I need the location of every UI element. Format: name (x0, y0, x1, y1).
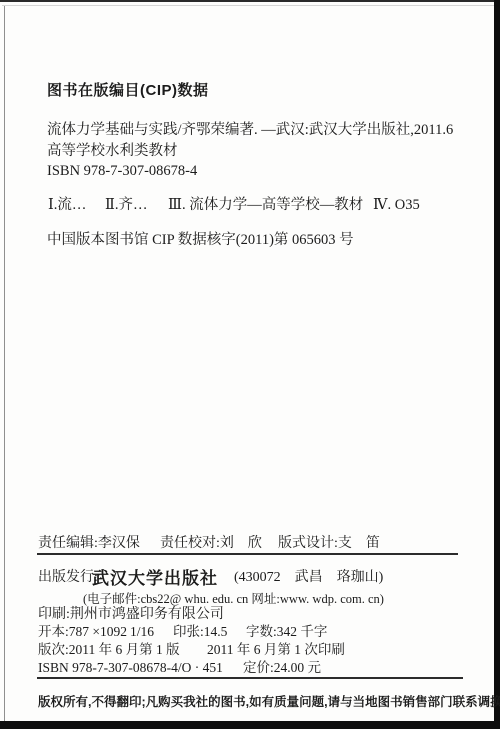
cip-isbn-line: ISBN 978-7-307-08678-4 (47, 161, 197, 181)
cip-classification-row: Ⅰ.流… Ⅱ.齐… Ⅲ. 流体力学—高等学校—教材 Ⅳ. O35 (0, 195, 500, 215)
format-row: 开本:787 ×1092 1/16 印张:14.5 字数:342 千字 (0, 623, 500, 643)
designer-credit: 版式设计:支 笛 (278, 534, 380, 553)
scan-border-top-faint (2, 5, 498, 6)
proofreader-credit: 责任校对:刘 欣 (160, 534, 262, 553)
format-fraction: 1/16 (130, 623, 154, 641)
scan-border-top (0, 0, 500, 2)
cip-title-line: 流体力学基础与实践/齐鄂荣编著. —武汉:武汉大学出版社,2011.6 (47, 120, 453, 140)
staff-row: 责任编辑:李汉保 责任校对:刘 欣 版式设计:支 笛 (0, 534, 500, 554)
cip-series-line: 高等学校水利类教材 (47, 141, 178, 161)
copyright-notice: 版权所有,不得翻印;凡购买我社的图书,如有质量问题,请与当地图书销售部门联系调换… (38, 692, 500, 710)
impression-info: 2011 年 6 月第 1 次印刷 (207, 641, 345, 659)
edition-row: 版次:2011 年 6 月第 1 版 2011 年 6 月第 1 次印刷 (0, 641, 500, 661)
classification-ii: Ⅱ.齐… (105, 195, 147, 215)
cip-heading: 图书在版编目(CIP)数据 (47, 79, 209, 100)
publisher-label: 出版发行: (38, 568, 98, 587)
classification-i: Ⅰ.流… (48, 195, 86, 215)
divider-rule-bottom (37, 677, 463, 679)
classification-iii: Ⅲ. 流体力学—高等学校—教材 (168, 195, 363, 215)
book-copyright-page: 图书在版编目(CIP)数据 流体力学基础与实践/齐鄂荣编著. —武汉:武汉大学出… (0, 0, 500, 729)
edition-info: 版次:2011 年 6 月第 1 版 (38, 641, 180, 659)
word-count: 字数:342 千字 (246, 623, 327, 641)
publisher-name: 武汉大学出版社 (92, 564, 218, 589)
scan-border-left (4, 6, 5, 721)
isbn-price-row: ISBN 978-7-307-08678-4/O · 451 定价:24.00 … (0, 659, 500, 679)
cip-record-line: 中国版本图书馆 CIP 数据核字(2011)第 065603 号 (47, 230, 354, 250)
scan-border-bottom (0, 721, 500, 729)
price-info: 定价:24.00 元 (243, 659, 321, 677)
editor-credit: 责任编辑:李汉保 (38, 534, 140, 553)
divider-rule-top (37, 553, 458, 555)
format-size: 开本:787 ×1092 (38, 623, 127, 641)
isbn-full: ISBN 978-7-307-08678-4/O · 451 (38, 659, 223, 677)
printed-sheets: 印张:14.5 (173, 623, 227, 641)
scan-border-right (494, 0, 500, 729)
printer-line: 印刷:荆州市鸿盛印务有限公司 (38, 605, 224, 624)
publisher-address: (430072 武昌 珞珈山) (234, 568, 383, 587)
classification-iv: Ⅳ. O35 (373, 195, 420, 215)
publisher-row: 出版发行: 武汉大学出版社 (430072 武昌 珞珈山) (0, 564, 500, 586)
